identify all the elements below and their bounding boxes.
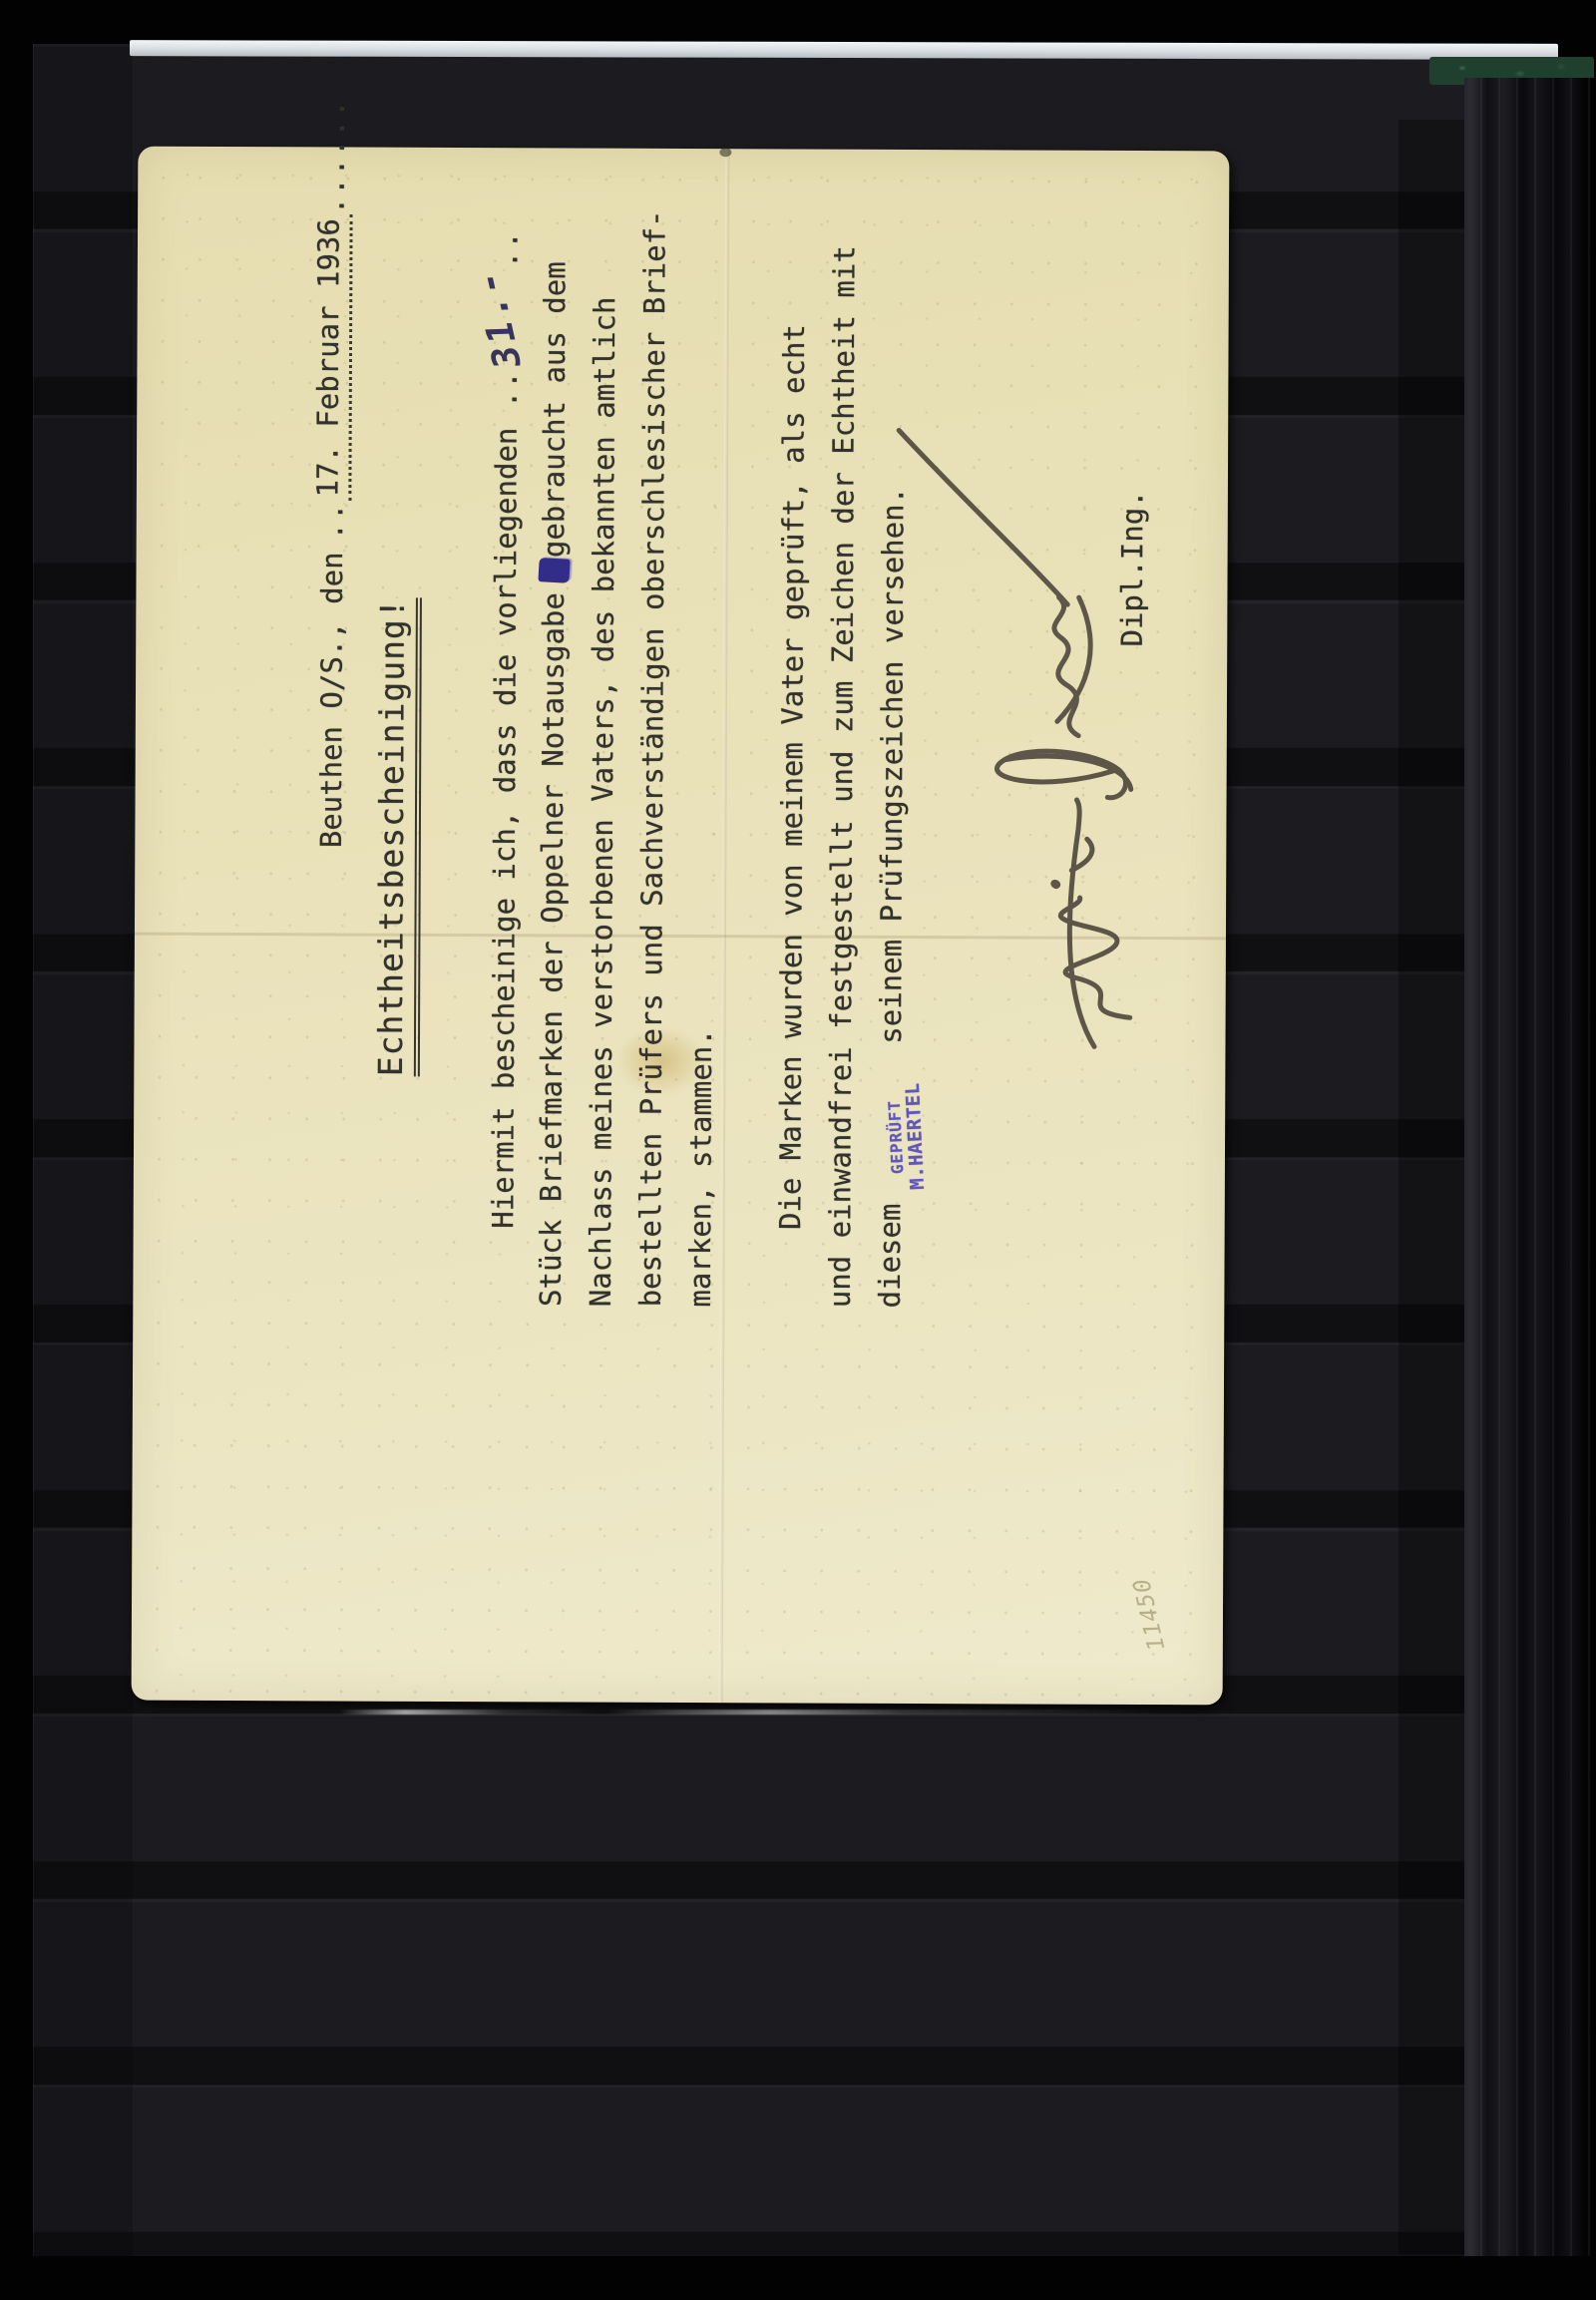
pocket-shade-column (1398, 120, 1464, 2254)
dateline-lead-dots: .. (315, 501, 349, 540)
handwritten-amount: 31.- (463, 264, 534, 374)
text-line: Die Marken wurden von meinem Vater geprü… (765, 191, 820, 1308)
pocket-strip-glint (339, 1710, 1167, 1715)
inspection-stamp: GEPRÜFT M.HAERTEL (884, 1071, 929, 1203)
photo-of-album-page: { "colors": { "paper": "#eae3bc", "typew… (0, 0, 1596, 2300)
document-heading: Echtheitsbescheinigung! (371, 597, 422, 1076)
signature-title: Dipl.Ing. (1115, 490, 1150, 646)
text-line: bestellten Prüfers und Sachverständigen … (625, 190, 680, 1307)
pencil-note: 11450 (1129, 1575, 1171, 1653)
text-line: Nachlass meines verstorbenen Vaters, des… (576, 190, 630, 1307)
stacked-page-edges (1464, 78, 1596, 2256)
stamp-line-2: M.HAERTEL (902, 1071, 929, 1202)
text-run: gebraucht aus dem (537, 261, 572, 558)
album-left-shade (33, 44, 133, 2256)
text-run: Hiermit bescheinige ich, dass die vorlie… (486, 428, 524, 1229)
text-line: Hiermit bescheinige ich, dass die vorlie… (476, 190, 531, 1307)
text-line: und einwandfrei festgestellt und zum Zei… (815, 191, 870, 1308)
certificate-document: Beuthen O/S., den..17. Februar 1936.....… (132, 147, 1230, 1706)
text-run: diesem (873, 1204, 907, 1309)
dateline-place: Beuthen O/S., den (314, 552, 349, 848)
document-content-rotated: Beuthen O/S., den..17. Februar 1936.....… (131, 146, 1230, 1707)
paragraph-1: Hiermit bescheinige ich, dass die vorlie… (476, 190, 730, 1308)
text-line: marken, stammen. (675, 190, 730, 1307)
ink-blot (538, 558, 570, 583)
typed-dots: .. (490, 369, 524, 428)
text-line: Stück Briefmarken der Oppelner Notausgab… (526, 190, 581, 1307)
dateline-date: 17. Februar 1936 (310, 214, 352, 502)
dateline-trail-dots: ...... (317, 98, 352, 214)
typed-dots: .. (490, 229, 524, 268)
text-run: Stück Briefmarken der Oppelner Notausgab… (534, 592, 571, 1307)
